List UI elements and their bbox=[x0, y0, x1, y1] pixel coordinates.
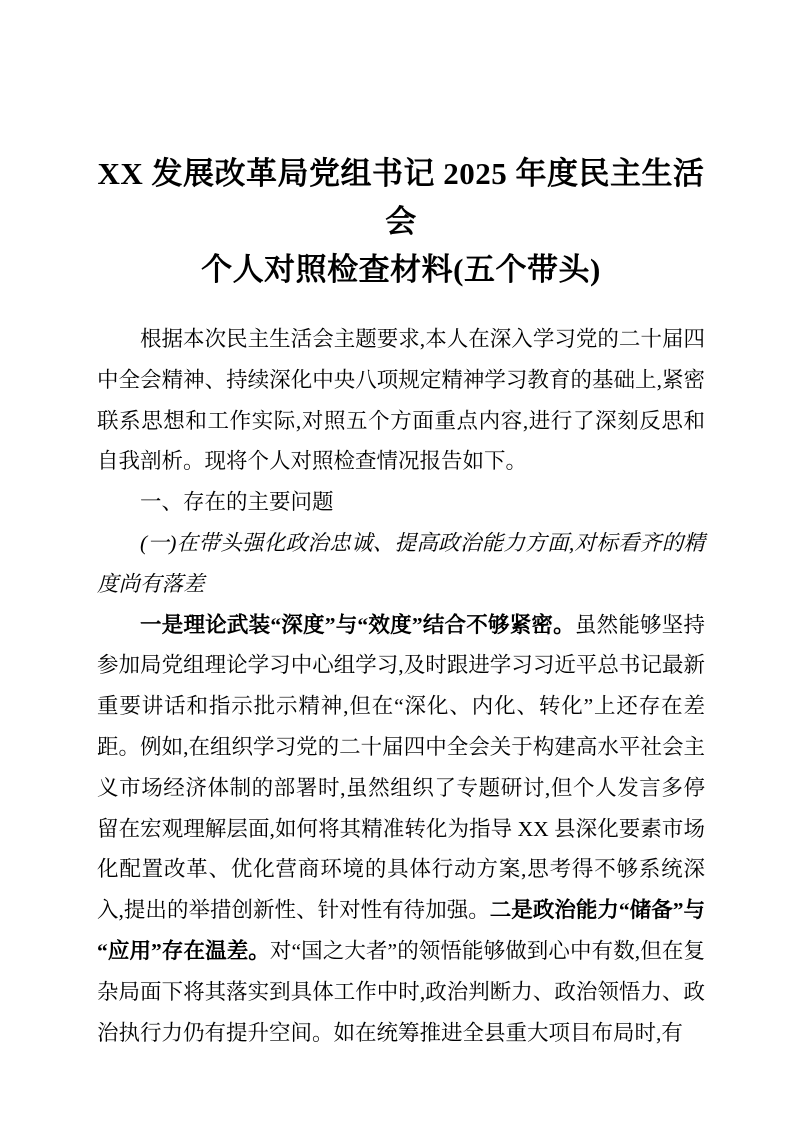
document-page: XX 发展改革局党组书记 2025 年度民主生活会 个人对照检查材料(五个带头)… bbox=[0, 0, 800, 1131]
document-title-line-2: 个人对照检查材料(五个带头) bbox=[97, 246, 705, 294]
document-title-line-1: XX 发展改革局党组书记 2025 年度民主生活会 bbox=[97, 150, 705, 246]
paragraph: 一是理论武装“深度”与“效度”结合不够紧密。虽然能够坚持参加局党组理论学习中心组… bbox=[97, 605, 705, 1054]
text-run: 根据本次民主生活会主题要求,本人在深入学习党的二十届四中全会精神、持续深化中央八… bbox=[97, 327, 705, 473]
paragraph: 根据本次民主生活会主题要求,本人在深入学习党的二十届四中全会精神、持续深化中央八… bbox=[97, 319, 705, 482]
section-heading: 一、存在的主要问题 bbox=[97, 482, 705, 523]
text-run: 一、存在的主要问题 bbox=[140, 490, 334, 514]
text-run: (一)在带头强化政治忠诚、提高政治能力方面,对标看齐的精度尚有落差 bbox=[97, 531, 705, 596]
document-title: XX 发展改革局党组书记 2025 年度民主生活会 个人对照检查材料(五个带头) bbox=[97, 150, 705, 294]
text-run: 虽然能够坚持参加局党组理论学习中心组学习,及时跟进学习习近平总书记最新重要讲话和… bbox=[97, 613, 705, 923]
document-body: 根据本次民主生活会主题要求,本人在深入学习党的二十届四中全会精神、持续深化中央八… bbox=[97, 319, 705, 1053]
sub-heading: (一)在带头强化政治忠诚、提高政治能力方面,对标看齐的精度尚有落差 bbox=[97, 523, 705, 605]
text-run: 一是理论武装“深度”与“效度”结合不够紧密。 bbox=[140, 613, 575, 637]
